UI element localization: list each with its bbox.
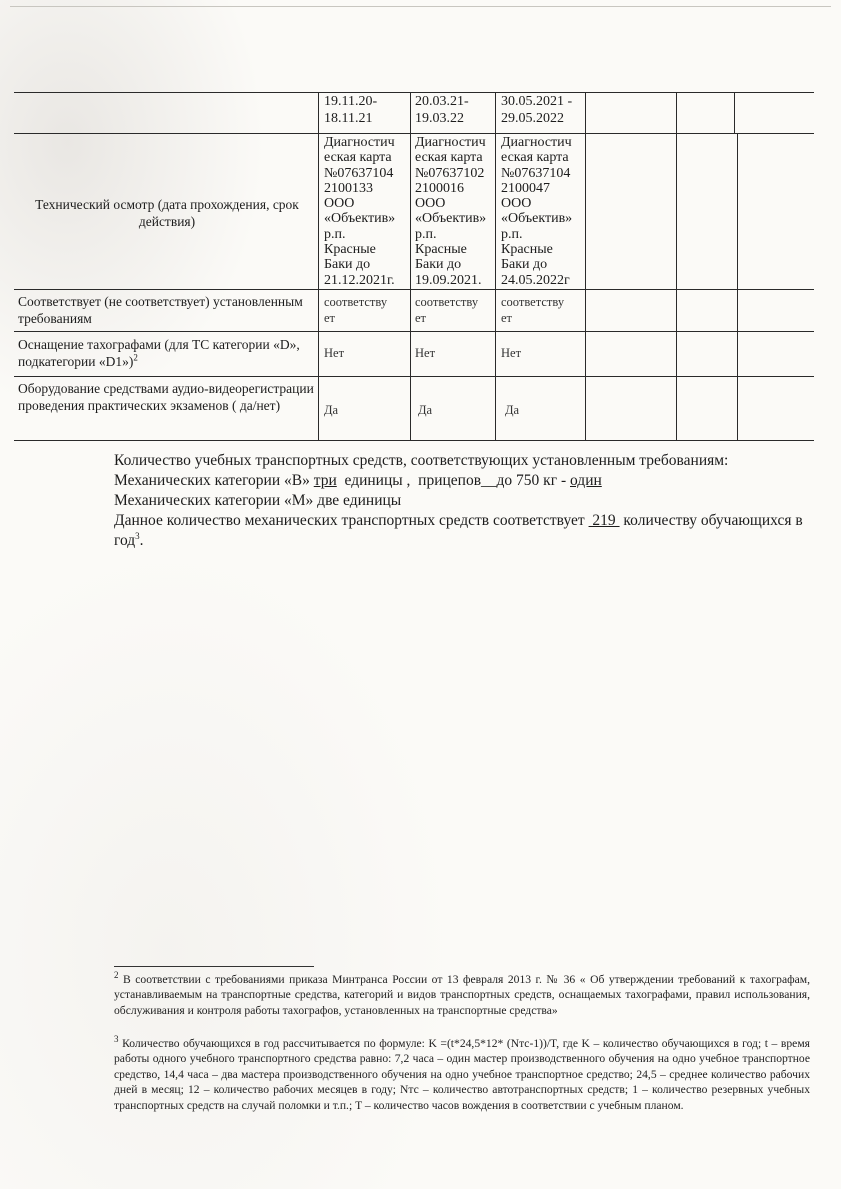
row-label-compliance: Соответствует (не соответствует) установ…: [18, 293, 314, 327]
summary-line: Количество учебных транспортных средств,…: [114, 451, 814, 471]
table-cell: Диагностич еская карта №07637102 2100016…: [415, 135, 495, 288]
table-cell: соответству ет: [324, 294, 410, 326]
table-cell: Да: [505, 402, 585, 418]
table-rule: [14, 331, 814, 332]
table-col-rule: [410, 92, 411, 440]
students-count: 219: [589, 512, 620, 529]
table-cell: 30.05.2021 - 29.05.2022: [501, 93, 585, 127]
footnote-2: 2 В соответствии с требованиями приказа …: [114, 972, 810, 1018]
summary-line: Данное количество механических транспорт…: [114, 511, 814, 551]
footnote-separator: [114, 966, 314, 967]
table-cell: Нет: [501, 345, 585, 361]
table-rule: [14, 440, 814, 441]
footnote-ref: 2: [133, 353, 138, 363]
summary-text: единицы , прицепов__до 750 кг -: [337, 472, 570, 489]
table-col-rule: [737, 133, 738, 440]
table-col-rule: [495, 92, 496, 440]
table-col-rule: [734, 92, 735, 133]
table-col-rule: [585, 92, 586, 440]
table-col-rule: [676, 92, 677, 440]
table-cell: Да: [324, 402, 410, 418]
vehicle-summary: Количество учебных транспортных средств,…: [114, 451, 814, 551]
table-cell: 19.11.20- 18.11.21: [324, 93, 408, 127]
summary-text: Данное количество механических транспорт…: [114, 512, 589, 529]
table-rule: [14, 376, 814, 377]
row-label-video-recording: Оборудование средствами аудио-видеорегис…: [18, 380, 314, 414]
trailer-count: один: [570, 472, 602, 489]
table-col-rule: [318, 92, 319, 440]
table-cell: Диагностич еская карта №07637104 2100133…: [324, 135, 410, 288]
footnote-3: 3 Количество обучающихся в год рассчитыв…: [114, 1036, 810, 1113]
summary-text: .: [140, 532, 144, 549]
table-cell: Да: [418, 402, 496, 418]
table-cell: соответству ет: [415, 294, 495, 326]
category-b-count: три: [314, 472, 337, 489]
summary-text: Механических категории «B»: [114, 472, 314, 489]
summary-line: Механических категории «B» три единицы ,…: [114, 471, 814, 491]
footnote-text: Количество обучающихся в год рассчитывае…: [114, 1037, 810, 1112]
footnote-text: В соответствии с требованиями приказа Ми…: [114, 973, 810, 1017]
scan-edge: [10, 6, 831, 7]
table-rule: [14, 133, 814, 134]
table-rule: [14, 289, 814, 290]
row-label-tech-inspection: Технический осмотр (дата прохождения, ср…: [18, 196, 316, 230]
summary-line: Механических категории «M» две единицы: [114, 491, 814, 511]
row-label-tachographs: Оснащение тахографами (для ТС категории …: [18, 336, 314, 370]
table-cell: Нет: [415, 345, 495, 361]
table-cell: Нет: [324, 345, 410, 361]
table-cell: 20.03.21- 19.03.22: [415, 93, 495, 127]
table-rule: [14, 92, 814, 93]
table-cell: соответству ет: [501, 294, 585, 326]
table-cell: Диагностич еская карта №07637104 2100047…: [501, 135, 585, 288]
row-label-text: Оснащение тахографами (для ТС категории …: [18, 337, 300, 369]
